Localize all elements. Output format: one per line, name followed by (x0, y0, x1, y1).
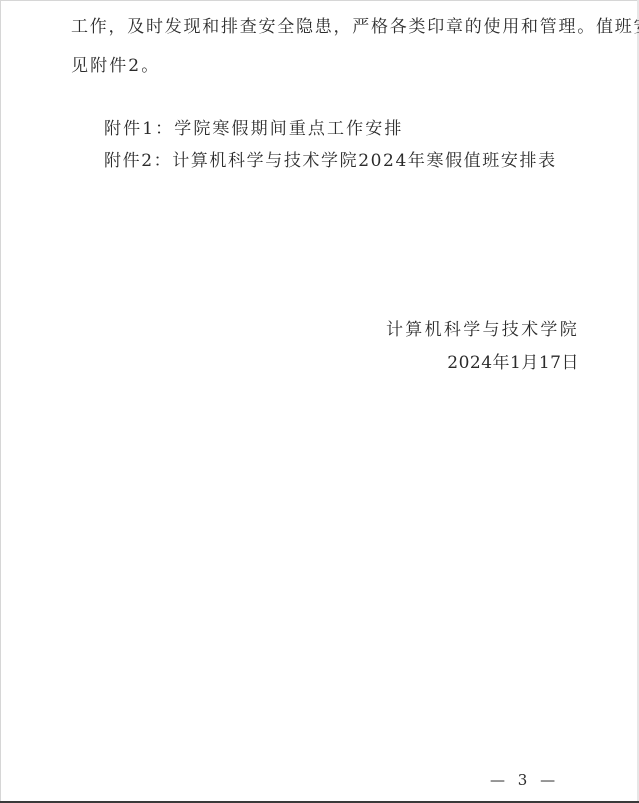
attachment-1: 附件1：学院寒假期间重点工作安排 (104, 119, 403, 139)
attachment-2: 附件2：计算机科学与技术学院2024年寒假值班安排表 (104, 151, 557, 171)
signature-date: 2024年1月17日 (447, 353, 579, 373)
body-paragraph-line-1: 工作，及时发现和排查安全隐患，严格各类印章的使用和管理。值班安排 (71, 17, 639, 37)
signature-organization: 计算机科学与技术学院 (386, 320, 579, 340)
page-border-top (0, 0, 639, 1)
body-paragraph-line-2: 见附件2。 (71, 56, 160, 76)
page-border-left (0, 0, 1, 803)
page-number: — 3 — (490, 771, 559, 789)
